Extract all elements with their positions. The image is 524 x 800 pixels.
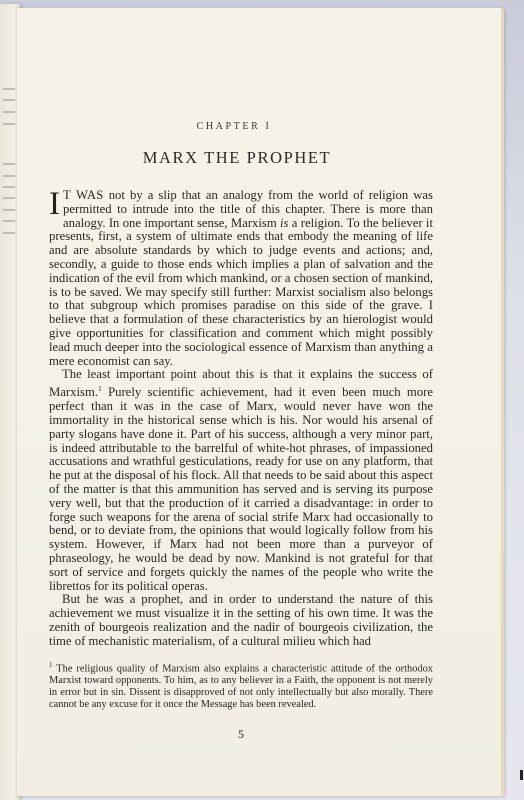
paragraph-2: The least important point about this is … [49, 368, 433, 593]
footnote-marker: 1 [49, 661, 53, 669]
cropped-text-line [3, 111, 15, 113]
cropped-text-line [3, 186, 15, 188]
emphasis: is [280, 216, 288, 230]
opening-smallcaps: T WAS [63, 188, 104, 202]
cropped-text-line [3, 197, 15, 199]
paragraph-text: a religion. To the believer it presents,… [49, 216, 433, 368]
paragraph-3: But he was a prophet, and in order to un… [49, 593, 433, 648]
footnote: 1 The religious quality of Marxism also … [49, 660, 433, 711]
footnote-text: The religious quality of Marxism also ex… [49, 663, 433, 709]
cropped-text-line [3, 232, 15, 234]
cropped-text-line [3, 220, 15, 222]
paragraph-text: But he was a prophet, and in order to un… [49, 592, 433, 647]
body-text: IT WAS not by a slip that an analogy fro… [49, 189, 433, 649]
chapter-label: CHAPTER I [0, 121, 476, 132]
cropped-text-line [3, 175, 15, 177]
cropped-text-line [3, 209, 15, 211]
chapter-title: MARX THE PROPHET [0, 148, 479, 168]
cropped-text-line [3, 88, 15, 90]
paragraph-text: Purely scientific achievement, had it ev… [49, 385, 433, 592]
page-number: 5 [0, 727, 483, 742]
drop-cap: I [49, 191, 60, 217]
paragraph-1: IT WAS not by a slip that an analogy fro… [49, 189, 433, 368]
page-tab-mark [520, 770, 523, 780]
cropped-text-line [3, 99, 15, 101]
